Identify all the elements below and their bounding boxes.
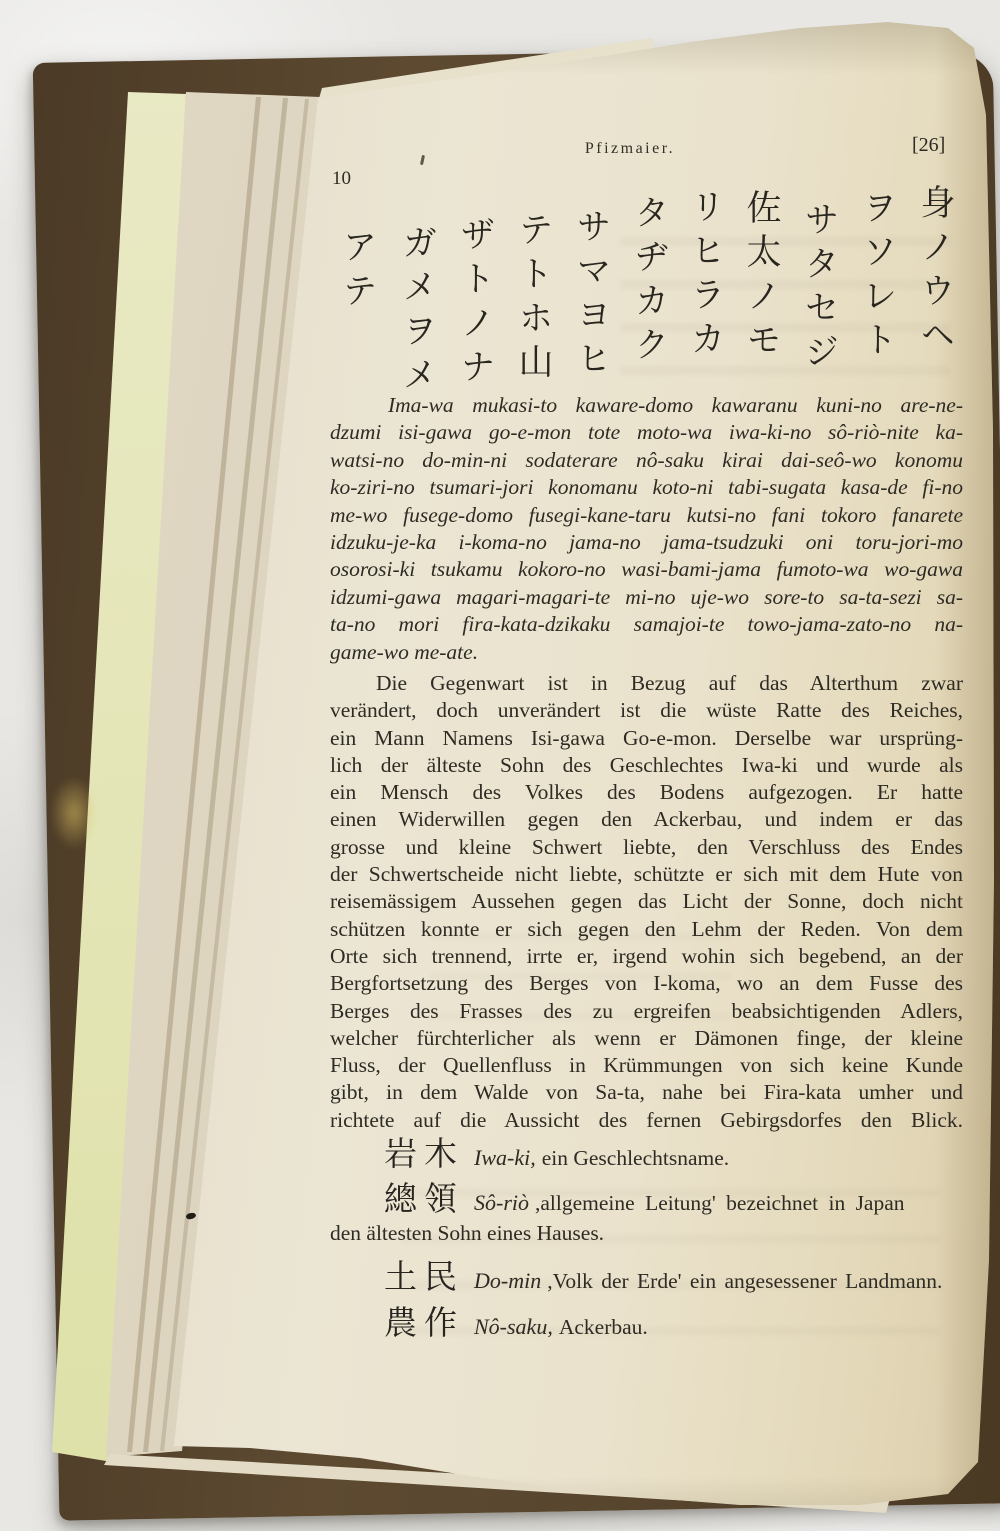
german-line: Fluss, der Quellenfluss in Krümmungen vo…	[330, 1052, 963, 1079]
romanized-line: Ima-wa mukasi-to kaware-domo kawaranu ku…	[330, 392, 963, 419]
german-line: gibt, in dem Walde von Sa-ta, nahe bei F…	[330, 1079, 963, 1106]
romanized-passage: Ima-wa mukasi-to kaware-domo kawaranu ku…	[330, 392, 963, 666]
german-line: verändert, doch unverändert ist die wüst…	[330, 697, 963, 724]
romanized-line: game-wo me-ate.	[330, 639, 963, 666]
romanized-line: ko-ziri-no tsumari-jori konomanu koto-ni…	[330, 474, 963, 501]
showthrough-text	[620, 205, 950, 375]
german-line: ein Mann Namens Isi-gawa Go-e-mon. Derse…	[330, 725, 963, 752]
katakana-column: 佐太ノモ	[742, 189, 780, 365]
romanized-line: idzumi-gawa magari-magari-te mi-no uje-w…	[330, 584, 963, 611]
katakana-column: タヂカク	[630, 194, 668, 370]
katakana-column: アテ	[338, 228, 376, 316]
german-line: der Schwertscheide nicht liebte, schützt…	[330, 861, 963, 888]
katakana-column: サマヨヒ	[572, 208, 610, 384]
katakana-column: ヲソレト	[858, 189, 896, 365]
glossary-kanji: 岩木	[384, 1128, 464, 1175]
glossary-text: Ackerbau.	[559, 1315, 648, 1340]
glossary-text: ein Geschlechtsname.	[542, 1146, 729, 1171]
glossary-entry: 總領 Sô-riò ,allgemeine Leitung' bezeichne…	[330, 1173, 1000, 1220]
glossary-reading: Nô-saku,	[474, 1314, 553, 1340]
glossary-entry: 岩木 Iwa-ki, ein Geschlechtsname.	[330, 1128, 1000, 1175]
glossary-kanji: 農作	[384, 1297, 464, 1344]
issue-mark: [26]	[912, 134, 945, 157]
german-line: Bergfortsetzung des Berges von I-koma, w…	[330, 970, 963, 997]
glossary-reading: Do-min	[474, 1268, 541, 1294]
german-line: reisemässigem Aussehen gegen das Licht d…	[330, 888, 963, 915]
glossary-reading: Iwa-ki,	[474, 1145, 536, 1171]
german-line: welcher fürchterlicher als wenn er Dämon…	[330, 1025, 963, 1052]
katakana-column: テトホ山	[514, 211, 552, 387]
glossary-text: ,allgemeine Leitung' bezeichnet in Japan	[535, 1191, 905, 1216]
katakana-column: 身ノウヘ	[916, 184, 954, 360]
glossary-kanji: 土民	[384, 1251, 464, 1298]
romanized-line: dzumi isi-gawa go-e-mon tote moto-wa iwa…	[330, 419, 963, 446]
romanized-line: ta-no mori fira-kata-dzikaku samajoi-te …	[330, 611, 963, 638]
glossary-continuation: den ältesten Sohn eines Hauses.	[330, 1221, 966, 1246]
katakana-column: サタセジ	[800, 201, 838, 377]
glossary-text: ,Volk der Erde' ein angesessener Landman…	[547, 1269, 942, 1294]
german-line: Die Gegenwart ist in Bezug auf das Alter…	[330, 670, 963, 697]
german-line: Berges des Frasses des zu ergreifen beab…	[330, 998, 963, 1025]
page-number: 10	[332, 168, 351, 190]
german-line: grosse und kleine Schwert liebte, den Ve…	[330, 834, 963, 861]
romanized-line: me-wo fusege-domo fusegi-kane-taru kutsi…	[330, 502, 963, 529]
book-photo: Pfizmaier. [26] 10 身ノウヘ ヲソレト サタセジ 佐太ノモ リ…	[0, 0, 1000, 1531]
glossary-kanji: 總領	[384, 1173, 464, 1220]
german-line: ein Mensch des Volkes des Bodens aufgezo…	[330, 779, 963, 806]
glossary-reading: Sô-riò	[474, 1190, 529, 1216]
german-line: lich der älteste Sohn des Geschlechtes I…	[330, 752, 963, 779]
katakana-column: ガメヲメ	[398, 224, 436, 400]
glossary-entry: 土民 Do-min ,Volk der Erde' ein angesessen…	[330, 1251, 1000, 1298]
glossary-entry: 農作 Nô-saku, Ackerbau.	[330, 1297, 1000, 1344]
german-line: Orte sich trennend, irrte er, irgend woh…	[330, 943, 963, 970]
romanized-line: watsi-no do-min-ni sodaterare nô-saku ki…	[330, 447, 963, 474]
romanized-line: idzuku-je-ka i-koma-no jama-no jama-tsud…	[330, 529, 963, 556]
katakana-column: ザトノナ	[456, 216, 494, 392]
german-line: einen Widerwillen gegen den Ackerbau, un…	[330, 806, 963, 833]
german-paragraph: Die Gegenwart ist in Bezug auf das Alter…	[330, 670, 963, 1134]
german-line: schützen konnte er sich gegen den Lehm d…	[330, 916, 963, 943]
running-title: Pfizmaier.	[330, 140, 930, 158]
katakana-column: リヒラカ	[686, 188, 724, 364]
paper-stain	[50, 776, 98, 850]
romanized-line: osorosi-ki tsukamu kokoro-no wasi-bami-j…	[330, 556, 963, 583]
